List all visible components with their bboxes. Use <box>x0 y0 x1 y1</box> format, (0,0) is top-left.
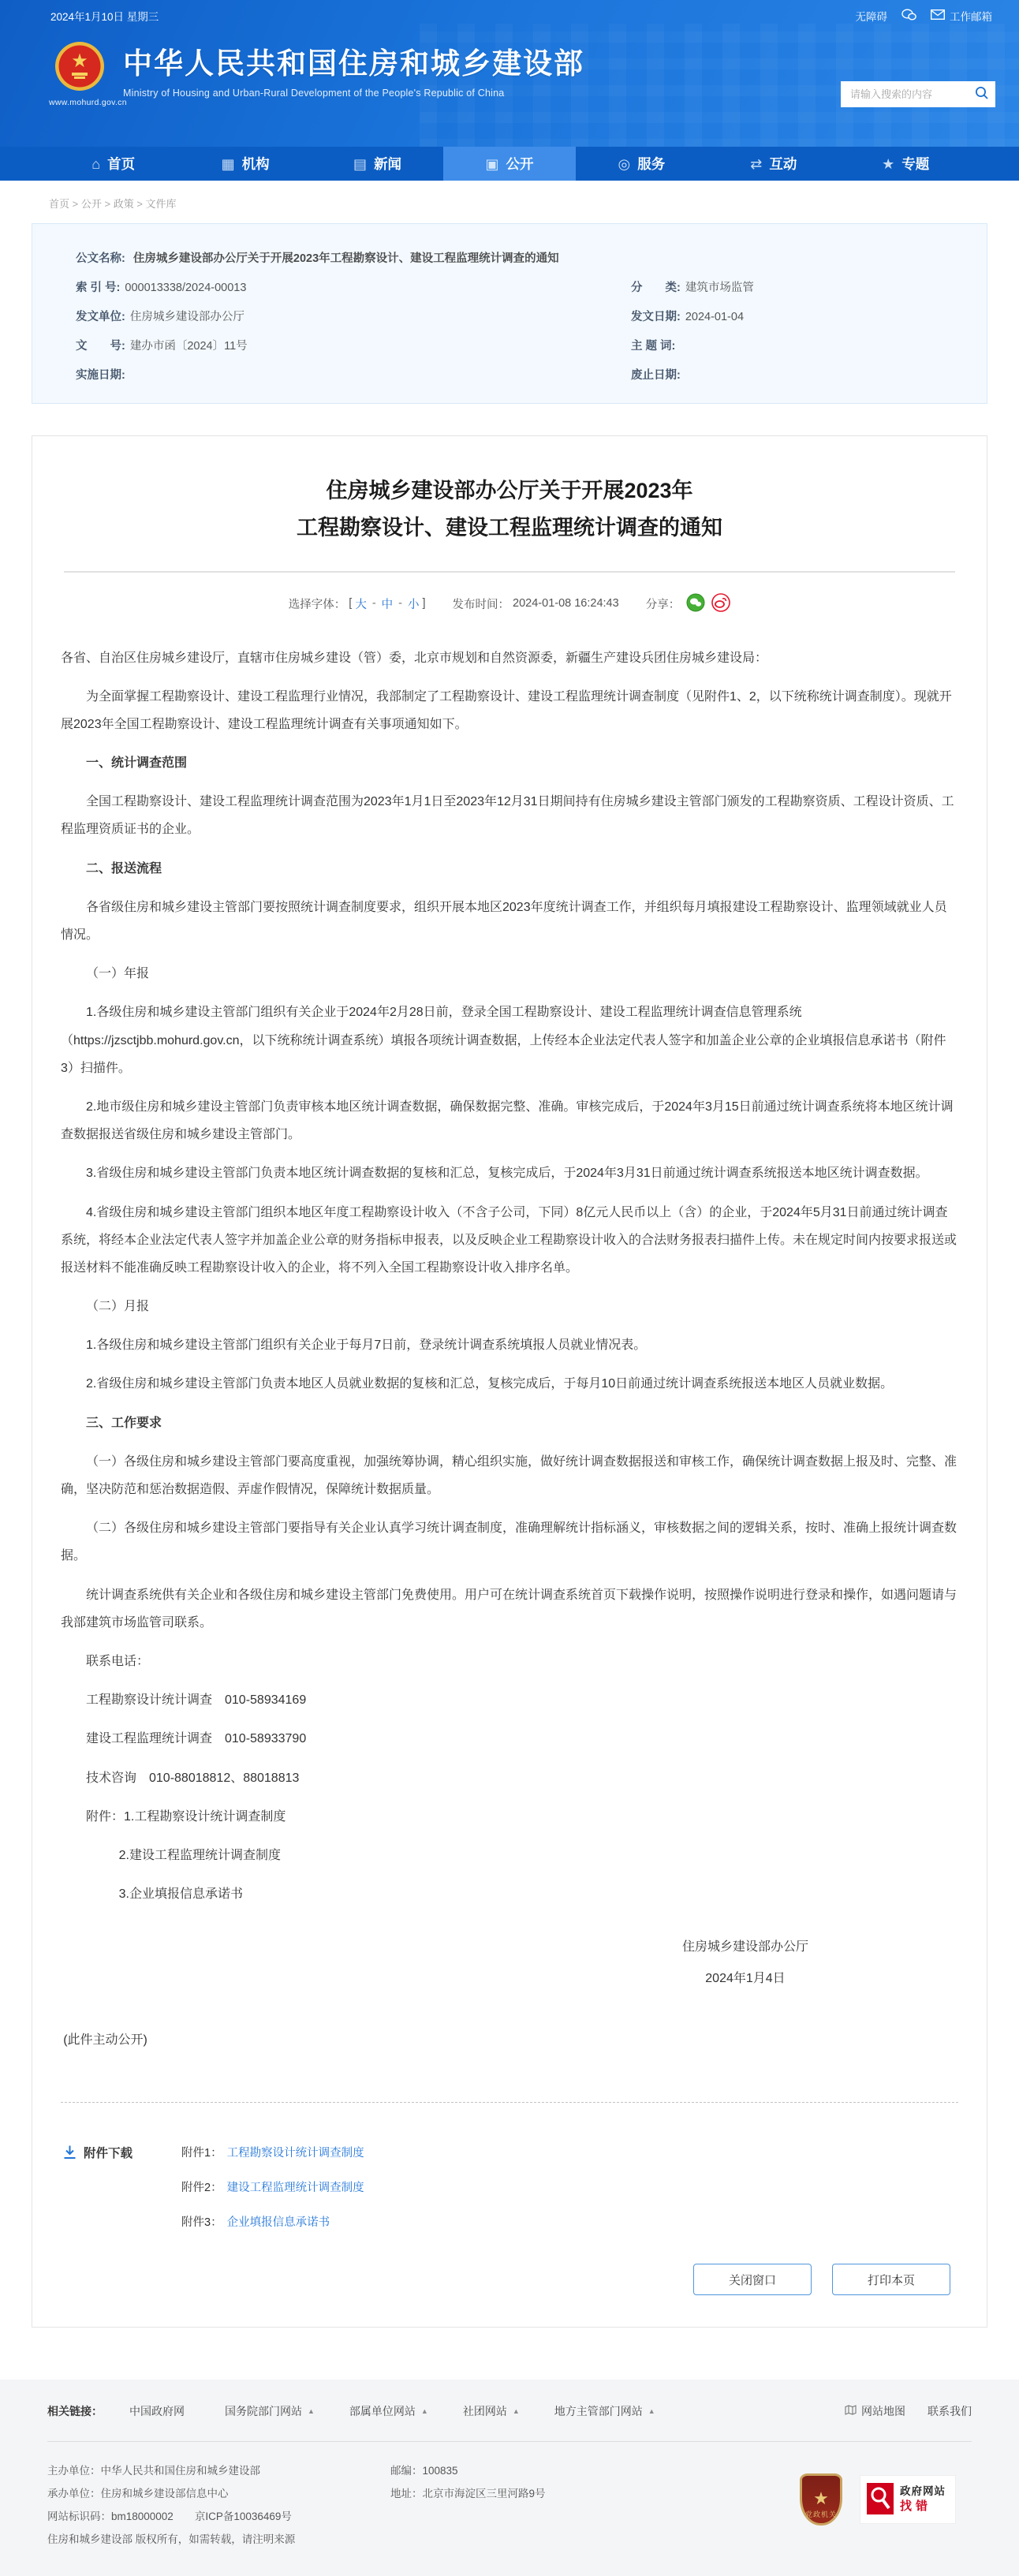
news-icon: ▤ <box>353 157 367 171</box>
footer-info-right: 地址：北京市海淀区三里河路9号 <box>390 2482 546 2505</box>
topbar: 2024年1月10日 星期三 无障碍 工作邮箱 <box>0 0 1019 32</box>
article-paragraph: （二）月报 <box>61 1293 958 1320</box>
footer-info-left: 网站标识码：bm18000002 京ICP备10036469号 <box>47 2505 390 2528</box>
nav-item-label: 新闻 <box>374 154 401 174</box>
nav-item-label: 互动 <box>769 154 797 174</box>
meta-field-label: 分 类: <box>631 282 681 294</box>
article-paragraph: 全国工程勘察设计、建设工程监理统计调查范围为2023年1月1日至2023年12月… <box>61 788 958 843</box>
nav-item[interactable]: ★ 专题 <box>840 147 972 181</box>
attachments-section: 附件下载 附件1：工程勘察设计统计调查制度 附件2：建设工程监理统计调查制度 附… <box>61 2144 958 2248</box>
doc-name-value: 住房城乡建设部办公厅关于开展2023年工程勘察设计、建设工程监理统计调查的通知 <box>133 252 559 265</box>
search-icon <box>975 86 989 103</box>
search-input[interactable] <box>850 88 975 100</box>
topics-icon: ★ <box>882 157 894 171</box>
national-emblem-logo: ★ <box>54 81 105 95</box>
document-title: 住房城乡建设部办公厅关于开展2023年 工程勘察设计、建设工程监理统计调查的通知 <box>155 472 864 547</box>
footer-info-left: 住房和城乡建设部 版权所有，如需转载，请注明来源 <box>47 2528 390 2551</box>
error-badge-line1: 政府网站 <box>900 2485 946 2499</box>
article-paragraph: 3.省级住房和城乡建设主管部门负责本地区统计调查数据的复核和汇总，复核完成后，于… <box>61 1159 958 1187</box>
article-paragraph: （一）年报 <box>61 960 958 987</box>
meta-field-value: 住房城乡建设部办公厅 <box>130 311 244 323</box>
meta-field-label: 文 号: <box>76 340 125 353</box>
doc-name-label: 公文名称: <box>76 252 125 265</box>
article-paragraph: （一）各级住房和城乡建设主管部门要高度重视，加强统筹协调，精心组织实施，做好统计… <box>61 1448 958 1503</box>
nav-item[interactable]: ◎ 服务 <box>576 147 707 181</box>
breadcrumb-item[interactable]: 文件库 <box>146 198 177 210</box>
meta-field-label: 主 题 词: <box>631 340 675 353</box>
dropdown-arrow-icon[interactable]: ▲ <box>308 2407 315 2415</box>
contact-link[interactable]: 联系我们 <box>928 2403 972 2419</box>
font-size-large[interactable]: 大 <box>355 595 367 612</box>
service-icon: ◎ <box>618 157 631 171</box>
article-paragraph: 工程勘察设计统计调查 010-58934169 <box>61 1686 958 1714</box>
envelope-icon <box>931 9 945 22</box>
document-buttons: 关闭窗口 打印本页 <box>69 2264 950 2295</box>
share-label: 分享： <box>646 595 681 612</box>
site-url: www.mohurd.gov.cn <box>49 98 110 107</box>
print-page-button[interactable]: 打印本页 <box>832 2264 950 2295</box>
footer-link[interactable]: 国务院部门网站 <box>225 2403 302 2419</box>
search-button[interactable] <box>975 86 989 103</box>
document-body: 各省、自治区住房城乡建设厅，直辖市住房城乡建设（管）委，北京市规划和自然资源委，… <box>61 644 958 1909</box>
signature-date: 2024年1月4日 <box>682 1966 808 1992</box>
article-paragraph: 3.企业填报信息承诺书 <box>61 1880 958 1908</box>
meta-field-label: 实施日期: <box>76 369 125 382</box>
nav-item[interactable]: ⌂ 首页 <box>47 147 179 181</box>
search-box <box>841 81 995 107</box>
nav-item-label: 机构 <box>242 154 270 174</box>
party-gov-badge[interactable]: ★ 党政机关 <box>800 2473 842 2526</box>
date-text: 2024年1月10日 星期三 <box>50 8 159 24</box>
article-paragraph: 4.省级住房和城乡建设主管部门组织本地区年度工程勘察设计收入（不含子公司，下同）… <box>61 1199 958 1282</box>
site-error-badge[interactable]: 政府网站 找错 <box>860 2475 956 2524</box>
error-badge-line2: 找错 <box>900 2499 946 2514</box>
article-paragraph: 为全面掌握工程勘察设计、建设工程监理行业情况，我部制定了工程勘察设计、建设工程监… <box>61 683 958 738</box>
mailbox-label: 工作邮箱 <box>950 8 992 24</box>
article-paragraph: 统计调查系统供有关企业和各级住房和城乡建设主管部门免费使用。用户可在统计调查系统… <box>61 1581 958 1637</box>
footer-info-left: 主办单位：中华人民共和国住房和城乡建设部 <box>47 2459 390 2482</box>
publish-time: 2024-01-08 16:24:43 <box>513 597 619 610</box>
svg-text:★: ★ <box>71 50 88 72</box>
signature-block: 住房城乡建设部办公厅 2024年1月4日 <box>682 1935 808 1992</box>
breadcrumb-separator: > <box>134 198 146 210</box>
article-paragraph: 联系电话： <box>61 1648 958 1675</box>
nav-item[interactable]: ▦ 机构 <box>179 147 311 181</box>
article-paragraph: 三、工作要求 <box>61 1409 958 1437</box>
sitemap-label: 网站地图 <box>861 2403 905 2419</box>
footer-link[interactable]: 地方主管部门网站 <box>554 2403 643 2419</box>
dropdown-arrow-icon[interactable]: ▲ <box>421 2407 428 2415</box>
article-paragraph: 2.建设工程监理统计调查制度 <box>61 1842 958 1869</box>
font-size-small[interactable]: 小 <box>408 595 420 612</box>
nav-item-label: 公开 <box>506 154 533 174</box>
nav-item[interactable]: ▣ 公开 <box>443 147 575 181</box>
font-size-selector: 选择字体： [ 大 - 中 - 小 ] <box>289 595 426 612</box>
wechat-icon[interactable] <box>901 9 916 24</box>
share-wechat-button[interactable] <box>686 593 705 614</box>
footer: 相关链接： 中国政府网 国务院部门网站▲ 部属单位网站▲ 社团网站▲ 地方主管部… <box>0 2380 1019 2576</box>
font-size-medium[interactable]: 中 <box>382 595 394 612</box>
article-paragraph: 2.省级住房和城乡建设主管部门负责本地区人员就业数据的复核和汇总，复核完成后，于… <box>61 1370 958 1398</box>
nav-item-label: 服务 <box>637 154 665 174</box>
document-meta-row: 选择字体： [ 大 - 中 - 小 ] 发布时间： 2024-01-08 16:… <box>61 593 958 614</box>
disclosure-note: (此件主动公开) <box>61 2028 958 2053</box>
attachment-link[interactable]: 工程勘察设计统计调查制度 <box>227 2147 364 2160</box>
attachment-number: 附件2： <box>181 2182 222 2194</box>
site-header: 2024年1月10日 星期三 无障碍 工作邮箱 <box>0 0 1019 147</box>
meta-field-value: 建办市函〔2024〕11号 <box>130 340 248 353</box>
footer-info-left: 承办单位：住房和城乡建设部信息中心 <box>47 2482 390 2505</box>
sitemap-link[interactable]: 网站地图 <box>845 2403 905 2419</box>
article-paragraph: 各省级住房和城乡建设主管部门要按照统计调查制度要求，组织开展本地区2023年度统… <box>61 894 958 949</box>
title-divider <box>64 571 955 573</box>
map-icon <box>845 2405 857 2417</box>
interaction-icon: ⇄ <box>750 157 762 171</box>
site-subtitle: Ministry of Housing and Urban-Rural Deve… <box>123 88 584 99</box>
party-gov-badge-label: 党政机关 <box>805 2509 837 2519</box>
document-title-line2: 工程勘察设计、建设工程监理统计调查的通知 <box>155 510 864 547</box>
close-window-button[interactable]: 关闭窗口 <box>693 2264 812 2295</box>
article-paragraph: 附件：1.工程勘察设计统计调查制度 <box>61 1803 958 1831</box>
breadcrumb: 首页 > 公开 > 政策 > 文件库 <box>0 181 1019 222</box>
footer-link[interactable]: 社团网站 <box>463 2403 507 2419</box>
footer-info-right: 邮编：100835 <box>390 2459 458 2482</box>
related-links-label: 相关链接： <box>47 2403 103 2419</box>
download-icon <box>62 2145 77 2163</box>
meta-field-label: 废止日期: <box>631 369 681 382</box>
attachments-label: 附件下载 <box>84 2144 133 2161</box>
meta-field-value: 2024-01-04 <box>685 311 744 323</box>
wechat-share-icon <box>686 593 705 614</box>
attachment-link[interactable]: 建设工程监理统计调查制度 <box>227 2182 364 2194</box>
meta-panel: 公文名称: 住房城乡建设部办公厅关于开展2023年工程勘察设计、建设工程监理统计… <box>32 223 987 404</box>
weibo-share-icon <box>711 593 730 614</box>
article-paragraph: 各省、自治区住房城乡建设厅，直辖市住房城乡建设（管）委，北京市规划和自然资源委，… <box>61 644 958 672</box>
signature-org: 住房城乡建设部办公厅 <box>682 1935 808 1960</box>
meta-field-label: 索 引 号: <box>76 282 120 294</box>
meta-field-value: 000013338/2024-00013 <box>125 282 246 294</box>
disclosure-icon: ▣ <box>485 157 498 171</box>
attachments-separator <box>61 2102 958 2103</box>
footer-info-row: 住房和城乡建设部 版权所有，如需转载，请注明来源 <box>47 2528 972 2551</box>
article-paragraph: 1.各级住房和城乡建设主管部门组织有关企业于每月7日前，登录统计调查系统填报人员… <box>61 1331 958 1359</box>
breadcrumb-separator: > <box>102 198 114 210</box>
error-badge-magnifier-icon <box>867 2483 894 2517</box>
document-box: 住房城乡建设部办公厅关于开展2023年 工程勘察设计、建设工程监理统计调查的通知… <box>32 435 987 2328</box>
attachment-item: 附件1：工程勘察设计统计调查制度 <box>181 2144 364 2160</box>
footer-info: 主办单位：中华人民共和国住房和城乡建设部 邮编：100835 承办单位：住房和城… <box>47 2442 972 2555</box>
attachment-link[interactable]: 企业填报信息承诺书 <box>227 2216 330 2229</box>
attachment-item: 附件3：企业填报信息承诺书 <box>181 2213 364 2230</box>
meta-row: 文 号:建办市函〔2024〕11号 主 题 词: <box>76 337 943 353</box>
meta-row: 发文单位:住房城乡建设部办公厅 发文日期:2024-01-04 <box>76 308 943 324</box>
footer-links-row: 相关链接： 中国政府网 国务院部门网站▲ 部属单位网站▲ 社团网站▲ 地方主管部… <box>47 2403 972 2419</box>
accessibility-link[interactable]: 无障碍 <box>856 8 888 24</box>
share-weibo-button[interactable] <box>711 593 730 614</box>
font-size-label: 选择字体： <box>289 595 346 612</box>
breadcrumb-item[interactable]: 首页 <box>49 198 69 210</box>
attachment-item: 附件2：建设工程监理统计调查制度 <box>181 2178 364 2195</box>
mailbox-link[interactable]: 工作邮箱 <box>931 8 992 24</box>
badge-star-icon: ★ <box>813 2490 829 2507</box>
meta-row: 实施日期: 废止日期: <box>76 366 943 383</box>
organization-icon: ▦ <box>222 157 235 171</box>
article-paragraph: 技术咨询 010-88018812、88018813 <box>61 1764 958 1792</box>
footer-link[interactable]: 部属单位网站 <box>349 2403 416 2419</box>
attachment-number: 附件1： <box>181 2147 222 2160</box>
publish-time-label: 发布时间： <box>453 595 510 612</box>
breadcrumb-item[interactable]: 公开 <box>81 198 102 210</box>
meta-field-value: 建筑市场监管 <box>685 282 754 294</box>
meta-row: 索 引 号:000013338/2024-00013 分 类:建筑市场监管 <box>76 278 943 295</box>
nav-item-label: 专题 <box>901 154 929 174</box>
main-nav: ⌂ 首页 ▦ 机构 ▤ 新闻 ▣ 公开 ◎ 服务 ⇄ 互动 ★ 专题 <box>0 147 1019 181</box>
breadcrumb-item[interactable]: 政策 <box>114 198 134 210</box>
article-paragraph: 1.各级住房和城乡建设主管部门组织有关企业于2024年2月28日前，登录全国工程… <box>61 999 958 1082</box>
article-paragraph: 2.地市级住房和城乡建设主管部门负责审核本地区统计调查数据，确保数据完整、准确。… <box>61 1093 958 1148</box>
dropdown-arrow-icon[interactable]: ▲ <box>648 2407 655 2415</box>
meta-field-label: 发文单位: <box>76 311 125 323</box>
meta-field-label: 发文日期: <box>631 311 681 323</box>
article-paragraph: 二、报送流程 <box>61 855 958 883</box>
nav-item[interactable]: ▤ 新闻 <box>312 147 443 181</box>
site-title: 中华人民共和国住房和城乡建设部 <box>123 46 584 82</box>
attachment-number: 附件3： <box>181 2216 222 2229</box>
article-paragraph: 一、统计调查范围 <box>61 749 958 777</box>
document-title-line1: 住房城乡建设部办公厅关于开展2023年 <box>155 472 864 510</box>
dropdown-arrow-icon[interactable]: ▲ <box>513 2407 520 2415</box>
article-paragraph: 建设工程监理统计调查 010-58933790 <box>61 1725 958 1753</box>
doc-name-row: 公文名称: 住房城乡建设部办公厅关于开展2023年工程勘察设计、建设工程监理统计… <box>76 249 943 266</box>
article-paragraph: （二）各级住房和城乡建设主管部门要指导有关企业认真学习统计调查制度，准确理解统计… <box>61 1514 958 1570</box>
footer-link[interactable]: 中国政府网 <box>129 2403 185 2419</box>
nav-item[interactable]: ⇄ 互动 <box>707 147 839 181</box>
breadcrumb-separator: > <box>69 198 81 210</box>
nav-item-label: 首页 <box>107 154 135 174</box>
home-icon: ⌂ <box>91 157 100 171</box>
